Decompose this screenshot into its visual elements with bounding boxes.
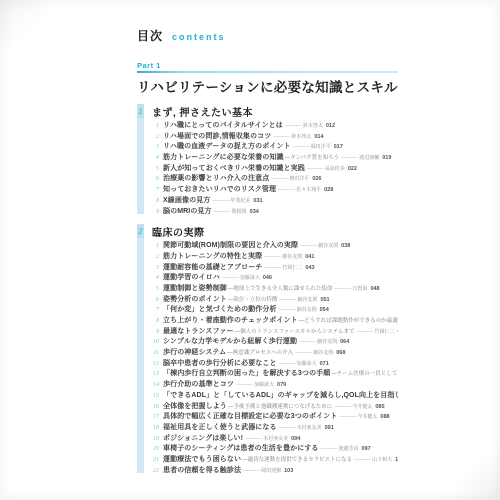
entry-author: 竹岡仁二 (282, 264, 302, 271)
entry-page-number: 079 (277, 382, 286, 388)
entry-page-number: 100 (395, 457, 398, 463)
entry-page-number: 012 (326, 123, 335, 129)
entry-page-number: 038 (341, 243, 350, 249)
entry-subtitle: ―無意識プロセスへの介入 (227, 348, 293, 356)
entry-author: 木村亜友美 (263, 435, 288, 442)
entry-page-number: 028 (324, 187, 333, 193)
toc-entry-row: 6治療薬の影響とリハ介入の注意点――――増田洋平026 (152, 173, 398, 184)
entry-number: 22 (152, 468, 159, 474)
entry-number: 6 (152, 176, 159, 182)
entry-dash-rule: ―――― (214, 209, 230, 215)
entry-dash-rule: ―――― (236, 382, 252, 388)
entry-author: 今井健太 (357, 413, 377, 420)
entry-number: 1 (152, 123, 159, 129)
entry-dash-rule: ―――― (341, 155, 357, 161)
entry-page-number: 048 (370, 286, 379, 292)
entry-number: 21 (152, 457, 159, 463)
part-title: リハビリテーションに必要な知識とスキル (137, 76, 398, 96)
section-list: 1まず, 押さえたい基本1リハ職にとってのバイタルサインとは――――鈴木啓太01… (137, 104, 398, 475)
entry-author: 竹岡仁二 (375, 328, 395, 335)
entry-dash-rule: ―――― (299, 339, 315, 345)
entry-author: 岡田達樹 (261, 467, 281, 474)
entry-dash-rule: ―――― (279, 425, 295, 431)
entry-title: 運動制御と姿勢制御 (163, 283, 227, 293)
toc-title: 目次 (137, 27, 163, 44)
entry-page-number: 014 (314, 134, 323, 140)
entry-number: 4 (152, 275, 159, 281)
toc-entry-row: 9最適なトランスファー―個人のトランスファースキルからシステムまで――――竹岡仁… (152, 326, 398, 337)
entry-dash-rule: ―――― (273, 134, 289, 140)
toc-entry-row: 2筋力トレーニングの特性と実際――――細谷友則041 (152, 251, 398, 262)
entry-number: 7 (152, 187, 159, 193)
entry-author: 佐々木翔平 (296, 186, 321, 193)
entry-page-number: 088 (380, 414, 389, 420)
entry-author: 渡辺康輔 (359, 154, 379, 161)
toc-entry-row: 22患者の信頼を得る触診法――――岡田達樹103 (152, 465, 398, 476)
entry-number: 11 (152, 350, 159, 356)
entry-page-number: 051 (320, 297, 329, 303)
entry-author: 細谷友則 (297, 306, 317, 313)
entry-number: 13 (152, 371, 159, 377)
entry-title: 歩行の神経システム (163, 347, 226, 357)
section-number: 1 (137, 104, 144, 118)
toc-entry-row: 15「できるADL」と「しているADL」のギャップを減らし,QOL向上を目指して… (152, 390, 398, 401)
entry-number: 9 (152, 329, 159, 335)
toc-entry-row: 14歩行介助の基準とコツ――――加藤詠大079 (152, 379, 398, 390)
toc-entry-row: 12脳卒中患者の歩行分析に必要なこと――――加藤詠大071 (152, 358, 398, 369)
entry-dash-rule: ―――― (243, 468, 259, 474)
toc-page: 目次 contents Part 1 リハビリテーションに必要な知識とスキル 1… (137, 27, 398, 477)
toc-entry-row: 20車椅子のシーティングは患者の生活を豊かにする――――渡邊芳由097 (152, 443, 398, 454)
entry-dash-rule: ―――― (279, 297, 295, 303)
entry-number: 8 (152, 198, 159, 204)
entry-title: 運動学習のイロハ (163, 272, 220, 282)
entry-dash-rule: ―――― (245, 436, 261, 442)
entry-page-number: 031 (253, 198, 262, 204)
entry-dash-rule: ―――― (212, 198, 228, 204)
entry-title: 「棟内歩行自立判断の困った」を解決する3つの手順 (163, 368, 330, 378)
entry-page-number: 034 (250, 209, 259, 215)
toc-entry-row: 13「棟内歩行自立判断の困った」を解決する3つの手順―チーム医療の一員として――… (152, 368, 398, 379)
part-rule (137, 71, 398, 73)
toc-entry-row: 4筋力トレーニングに必要な栄養の知識―タンパク質を知ろう――――渡辺康輔019 (152, 152, 398, 163)
part-label: Part 1 (137, 61, 398, 70)
section-stripe (137, 224, 144, 473)
entry-title: 新人が知っておくべきリハ栄養の知識と実践 (163, 163, 305, 173)
entry-author: 細谷友則 (282, 253, 302, 260)
section-number: 2 (137, 224, 144, 238)
entry-dash-rule: ―――― (279, 307, 295, 313)
entry-title: 立ち上がり・着座動作のチェックポイント (163, 315, 298, 325)
entry-title: 脳のMRIの見方 (163, 206, 212, 216)
entry-page-number: 091 (325, 425, 334, 431)
entry-subtitle: ―タンパク質を知ろう (285, 153, 340, 161)
toc-section: 2臨床の実際1関節可動域(ROM)制限の要因と介入の実際――――細谷友則0382… (137, 224, 398, 475)
entry-title: 運動耐容能の基礎とアプローチ (163, 262, 262, 272)
entry-list: 1リハ職にとってのバイタルサインとは――――鈴木啓太0122リハ場面での問診,情… (152, 120, 398, 216)
entry-page-number: 097 (362, 446, 371, 452)
toc-entry-row: 3運動耐容能の基礎とアプローチ――――竹岡仁二043 (152, 262, 398, 273)
entry-dash-rule: ―――― (271, 176, 287, 182)
entry-title: 「何か変」と気づくための動作分析 (163, 304, 277, 314)
entry-number: 4 (152, 155, 159, 161)
entry-number: 12 (152, 361, 159, 367)
entry-page-number: 054 (320, 307, 329, 313)
entry-page-number: 103 (284, 468, 293, 474)
entry-page-number: 064 (340, 339, 349, 345)
entry-number: 20 (152, 446, 159, 452)
entry-author: 増田洋平 (289, 175, 309, 182)
entry-title: 全体像を把握しよう (163, 401, 227, 411)
entry-page-number: 041 (305, 254, 314, 260)
section-title: まず, 押さえたい基本 (152, 104, 398, 119)
entry-author: 細谷友則 (317, 338, 337, 345)
toc-entry-row: 21運動療法でもう困らない―適切な運動を提供できるセラピストになる――――山下和… (152, 454, 398, 465)
entry-dash-rule: ―――― (334, 404, 350, 410)
entry-dash-rule: ―――― (278, 187, 294, 193)
entry-subtitle: ―予後予測と他職種連携につなげるために (228, 402, 332, 410)
entry-list: 1関節可動域(ROM)制限の要因と介入の実際――――細谷友則0382筋力トレーニ… (152, 240, 398, 475)
entry-subtitle: ―チーム医療の一員として (331, 369, 397, 377)
entry-author: 細谷友則 (297, 296, 317, 303)
entry-number: 16 (152, 404, 159, 410)
toc-section: 1まず, 押さえたい基本1リハ職にとってのバイタルサインとは――――鈴木啓太01… (137, 104, 398, 216)
entry-author: 細谷友則 (313, 349, 333, 356)
entry-title: 運動療法でもう困らない (163, 454, 241, 464)
entry-page-number: 022 (348, 166, 357, 172)
entry-title: 関節可動域(ROM)制限の要因と介入の実際 (163, 240, 298, 250)
toc-entry-row: 7知っておきたいリハでのリスク管理――――佐々木翔平028 (152, 184, 398, 195)
entry-title: 脳卒中患者の歩行分析に必要なこと (163, 358, 277, 368)
toc-entry-row: 7「何か変」と気づくための動作分析――――細谷友則054 (152, 304, 398, 315)
toc-entry-row: 19ポジショニングは楽しい!――――木村亜友美094 (152, 433, 398, 444)
entry-title: シンプルな力学モデルから紐解く歩行運動 (163, 336, 297, 346)
toc-header: 目次 contents (137, 27, 398, 44)
entry-title: 治療薬の影響とリハ介入の注意点 (163, 173, 269, 183)
entry-dash-rule: ―――― (285, 123, 301, 129)
entry-page-number: 026 (312, 176, 321, 182)
toc-entry-row: 1関節可動域(ROM)制限の要因と介入の実際――――細谷友則038 (152, 240, 398, 251)
entry-title: 福祉用具を正しく使うと武器になる (163, 422, 277, 432)
entry-author: 甲斐紀美 (230, 197, 250, 204)
toc-entry-row: 17具体的で幅広く正確な目標設定に必要な3つのポイント――――今井健太088 (152, 411, 398, 422)
entry-number: 19 (152, 436, 159, 442)
entry-number: 5 (152, 166, 159, 172)
entry-page-number: 019 (382, 155, 391, 161)
entry-title: 「できるADL」と「しているADL」のギャップを減らし,QOL向上を目指していく… (163, 390, 398, 400)
entry-title: 具体的で幅広く正確な目標設定に必要な3つのポイント (163, 411, 337, 421)
entry-number: 2 (152, 134, 159, 140)
entry-author: 鈴木啓太 (291, 133, 311, 140)
entry-number: 15 (152, 393, 159, 399)
entry-page-number: 017 (334, 144, 343, 150)
entry-title: 筋力トレーニングに必要な栄養の知識 (163, 152, 284, 162)
entry-author: 細谷友則 (318, 242, 338, 249)
entry-number: 9 (152, 209, 159, 215)
toc-entry-row: 9脳のMRIの見方――――関根慎034 (152, 206, 398, 217)
entry-number: 14 (152, 382, 159, 388)
toc-entry-row: 5新人が知っておくべきリハ栄養の知識と実践――――長島佳歩022 (152, 163, 398, 174)
entry-author: 加藤詠大 (297, 360, 317, 367)
entry-subtitle: ―どうすれば課題動作ができるのか最適解を探す (299, 316, 398, 324)
entry-number: 5 (152, 286, 159, 292)
entry-title: リハ職の血液データの捉え方のポイント (163, 141, 291, 151)
part-header: Part 1 リハビリテーションに必要な知識とスキル (137, 61, 398, 96)
entry-dash-rule: ―――― (307, 166, 323, 172)
entry-dash-rule: ―――― (264, 254, 280, 260)
entry-title: リハ職にとってのバイタルサインとは (163, 120, 283, 130)
entry-author: 関根慎 (232, 208, 247, 215)
entry-dash-rule: ―――― (293, 144, 309, 150)
toc-entry-row: 16全体像を把握しよう―予後予測と他職種連携につなげるために――――今井健太08… (152, 401, 398, 412)
entry-title: 歩行介助の基準とコツ (163, 379, 234, 389)
entry-page-number: 094 (291, 436, 300, 442)
entry-author: 今井健太 (352, 403, 372, 410)
entry-dash-rule: ―――― (264, 265, 280, 271)
entry-page-number: 043 (305, 265, 314, 271)
toc-entry-row: 2リハ場面での問診,情報収集のコツ――――鈴木啓太014 (152, 131, 398, 142)
entry-subtitle: ―臥位・立位の特徴 (228, 295, 278, 303)
entry-title: 車椅子のシーティングは患者の生活を豊かにする (163, 443, 319, 453)
entry-dash-rule: ―――― (357, 329, 373, 335)
toc-entry-row: 1リハ職にとってのバイタルサインとは――――鈴木啓太012 (152, 120, 398, 131)
section-title: 臨床の実際 (152, 224, 398, 239)
entry-dash-rule: ―――― (321, 446, 337, 452)
entry-number: 2 (152, 254, 159, 260)
entry-title: 患者の信頼を得る触診法 (163, 465, 241, 475)
entry-author: 渡邊芳由 (339, 445, 359, 452)
entry-number: 7 (152, 307, 159, 313)
toc-entry-row: 11歩行の神経システム―無意識プロセスへの介入――――細谷友則068 (152, 347, 398, 358)
section-stripe (137, 104, 144, 214)
entry-title: 知っておきたいリハでのリスク管理 (163, 184, 276, 194)
toc-entry-row: 8立ち上がり・着座動作のチェックポイント―どうすれば課題動作ができるのか最適解を… (152, 315, 398, 326)
toc-entry-row: 3リハ職の血液データの捉え方のポイント――――堀田洋平017 (152, 141, 398, 152)
entry-author: 堀田洋平 (311, 143, 331, 150)
toc-entry-row: 18福祉用具を正しく使うと武器になる――――木村亜友美091 (152, 422, 398, 433)
entry-page-number: 085 (375, 404, 384, 410)
entry-author: 加藤詠大 (240, 274, 260, 281)
toc-entry-row: 5運動制御と姿勢制御―地球上で生きる全人類に課せられた使命――――日置海048 (152, 283, 398, 294)
entry-author: 鈴木啓太 (303, 122, 323, 129)
entry-page-number: 068 (336, 350, 345, 356)
entry-page-number: 046 (263, 275, 272, 281)
entry-title: リハ場面での問診,情報収集のコツ (163, 131, 271, 141)
entry-title: 筋力トレーニングの特性と実際 (163, 251, 262, 261)
toc-entry-row: 6姿勢分析のポイント―臥位・立位の特徴――――細谷友則051 (152, 294, 398, 305)
entry-dash-rule: ―――― (354, 457, 370, 463)
entry-number: 3 (152, 265, 159, 271)
entry-title: 最適なトランスファー (163, 326, 234, 336)
toc-entry-row: 8X線画像の見方――――甲斐紀美031 (152, 195, 398, 206)
toc-entry-row: 10シンプルな力学モデルから紐解く歩行運動――――細谷友則064 (152, 336, 398, 347)
entry-number: 3 (152, 144, 159, 150)
entry-number: 10 (152, 339, 159, 345)
entry-dash-rule: ―――― (279, 361, 295, 367)
entry-dash-rule: ―――― (295, 350, 311, 356)
entry-number: 1 (152, 243, 159, 249)
entry-subtitle: ―適切な運動を提供できるセラピストになる (242, 455, 352, 463)
entry-subtitle: ―個人のトランスファースキルからシステムまで (235, 327, 355, 335)
toc-entry-row: 4運動学習のイロハ――――加藤詠大046 (152, 272, 398, 283)
entry-dash-rule: ―――― (339, 414, 355, 420)
entry-title: ポジショニングは楽しい! (163, 433, 243, 443)
entry-author: 長島佳歩 (325, 165, 345, 172)
entry-number: 17 (152, 414, 159, 420)
entry-author: 山下和夫 (372, 456, 392, 463)
entry-author: 日置海 (352, 285, 367, 292)
entry-title: X線画像の見方 (163, 195, 210, 205)
entry-dash-rule: ―――― (300, 243, 316, 249)
toc-subtitle: contents (172, 32, 226, 42)
entry-title: 姿勢分析のポイント (163, 294, 227, 304)
entry-dash-rule: ―――― (222, 275, 238, 281)
entry-number: 8 (152, 318, 159, 324)
entry-author: 木村亜友美 (297, 424, 322, 431)
entry-dash-rule: ―――― (334, 286, 350, 292)
entry-number: 18 (152, 425, 159, 431)
entry-number: 6 (152, 297, 159, 303)
entry-subtitle: ―地球上で生きる全人類に課せられた使命 (228, 284, 333, 292)
entry-page-number: 071 (320, 361, 329, 367)
entry-author: 加藤詠大 (254, 381, 274, 388)
